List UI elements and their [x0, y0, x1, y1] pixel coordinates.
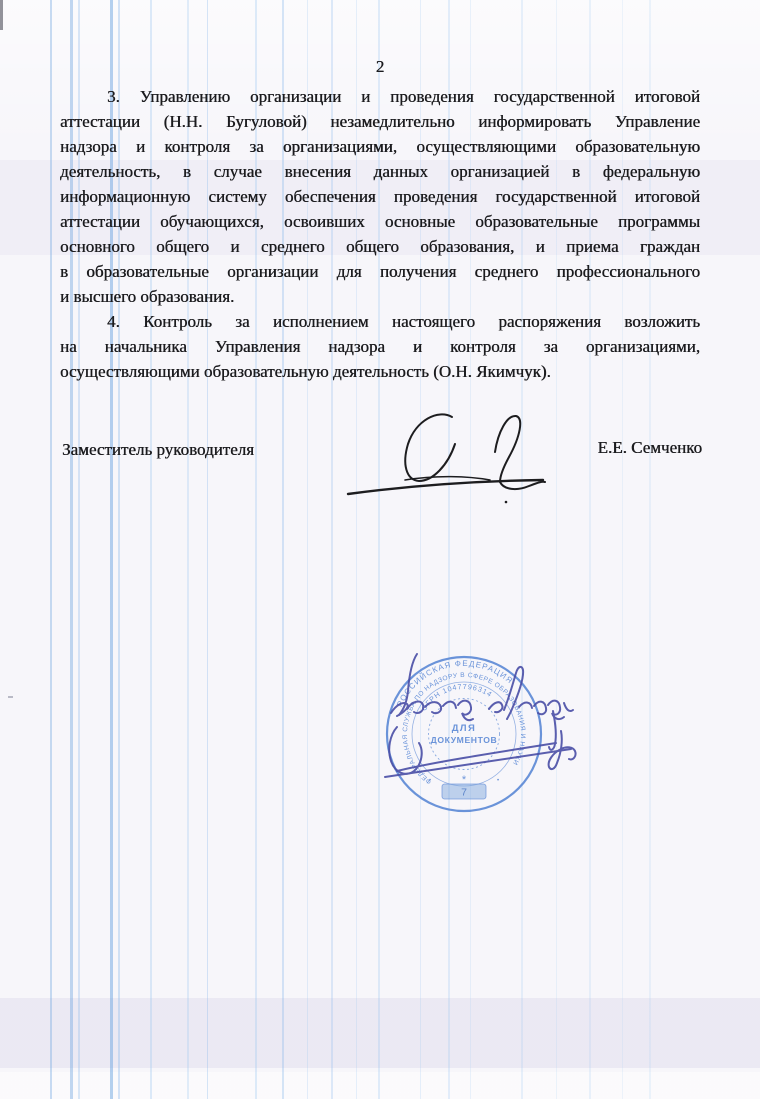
handwritten-certification-note: [370, 640, 600, 790]
paragraph3-line: аттестации обучающихся, освоивших основн…: [60, 209, 700, 234]
paragraph3-line: надзора и контроля за организациями, осу…: [60, 134, 700, 159]
signer-name: Е.Е. Семченко: [598, 438, 702, 458]
paragraph3-line: в образовательные организации для получе…: [60, 259, 700, 284]
scan-speck: [8, 696, 13, 698]
paragraph4-line: осуществляющими образовательную деятельн…: [60, 359, 700, 384]
signer-position-title: Заместитель руководителя: [62, 440, 254, 460]
paragraph3-line: информационную систему обеспечения прове…: [60, 184, 700, 209]
paragraph3-line: и высшего образования.: [60, 284, 700, 309]
handwritten-signature: [330, 403, 560, 513]
paragraph3-line: основного общего и среднего общего образ…: [60, 234, 700, 259]
scan-edge-artifact: [0, 0, 3, 30]
paragraph4-line: на начальника Управления надзора и контр…: [60, 334, 700, 359]
paragraph4-line: 4. Контроль за исполнением настоящего ра…: [60, 309, 700, 334]
paragraph3-line: деятельность, в случае внесения данных о…: [60, 159, 700, 184]
document-body: 3. Управлению организации и проведения г…: [60, 84, 700, 384]
scanned-document-page: 2 3. Управлению организации и проведения…: [0, 0, 760, 1099]
paragraph3-line: аттестации (Н.Н. Бугуловой) незамедлител…: [60, 109, 700, 134]
page-number: 2: [60, 57, 700, 77]
paragraph3-line: 3. Управлению организации и проведения г…: [60, 84, 700, 109]
